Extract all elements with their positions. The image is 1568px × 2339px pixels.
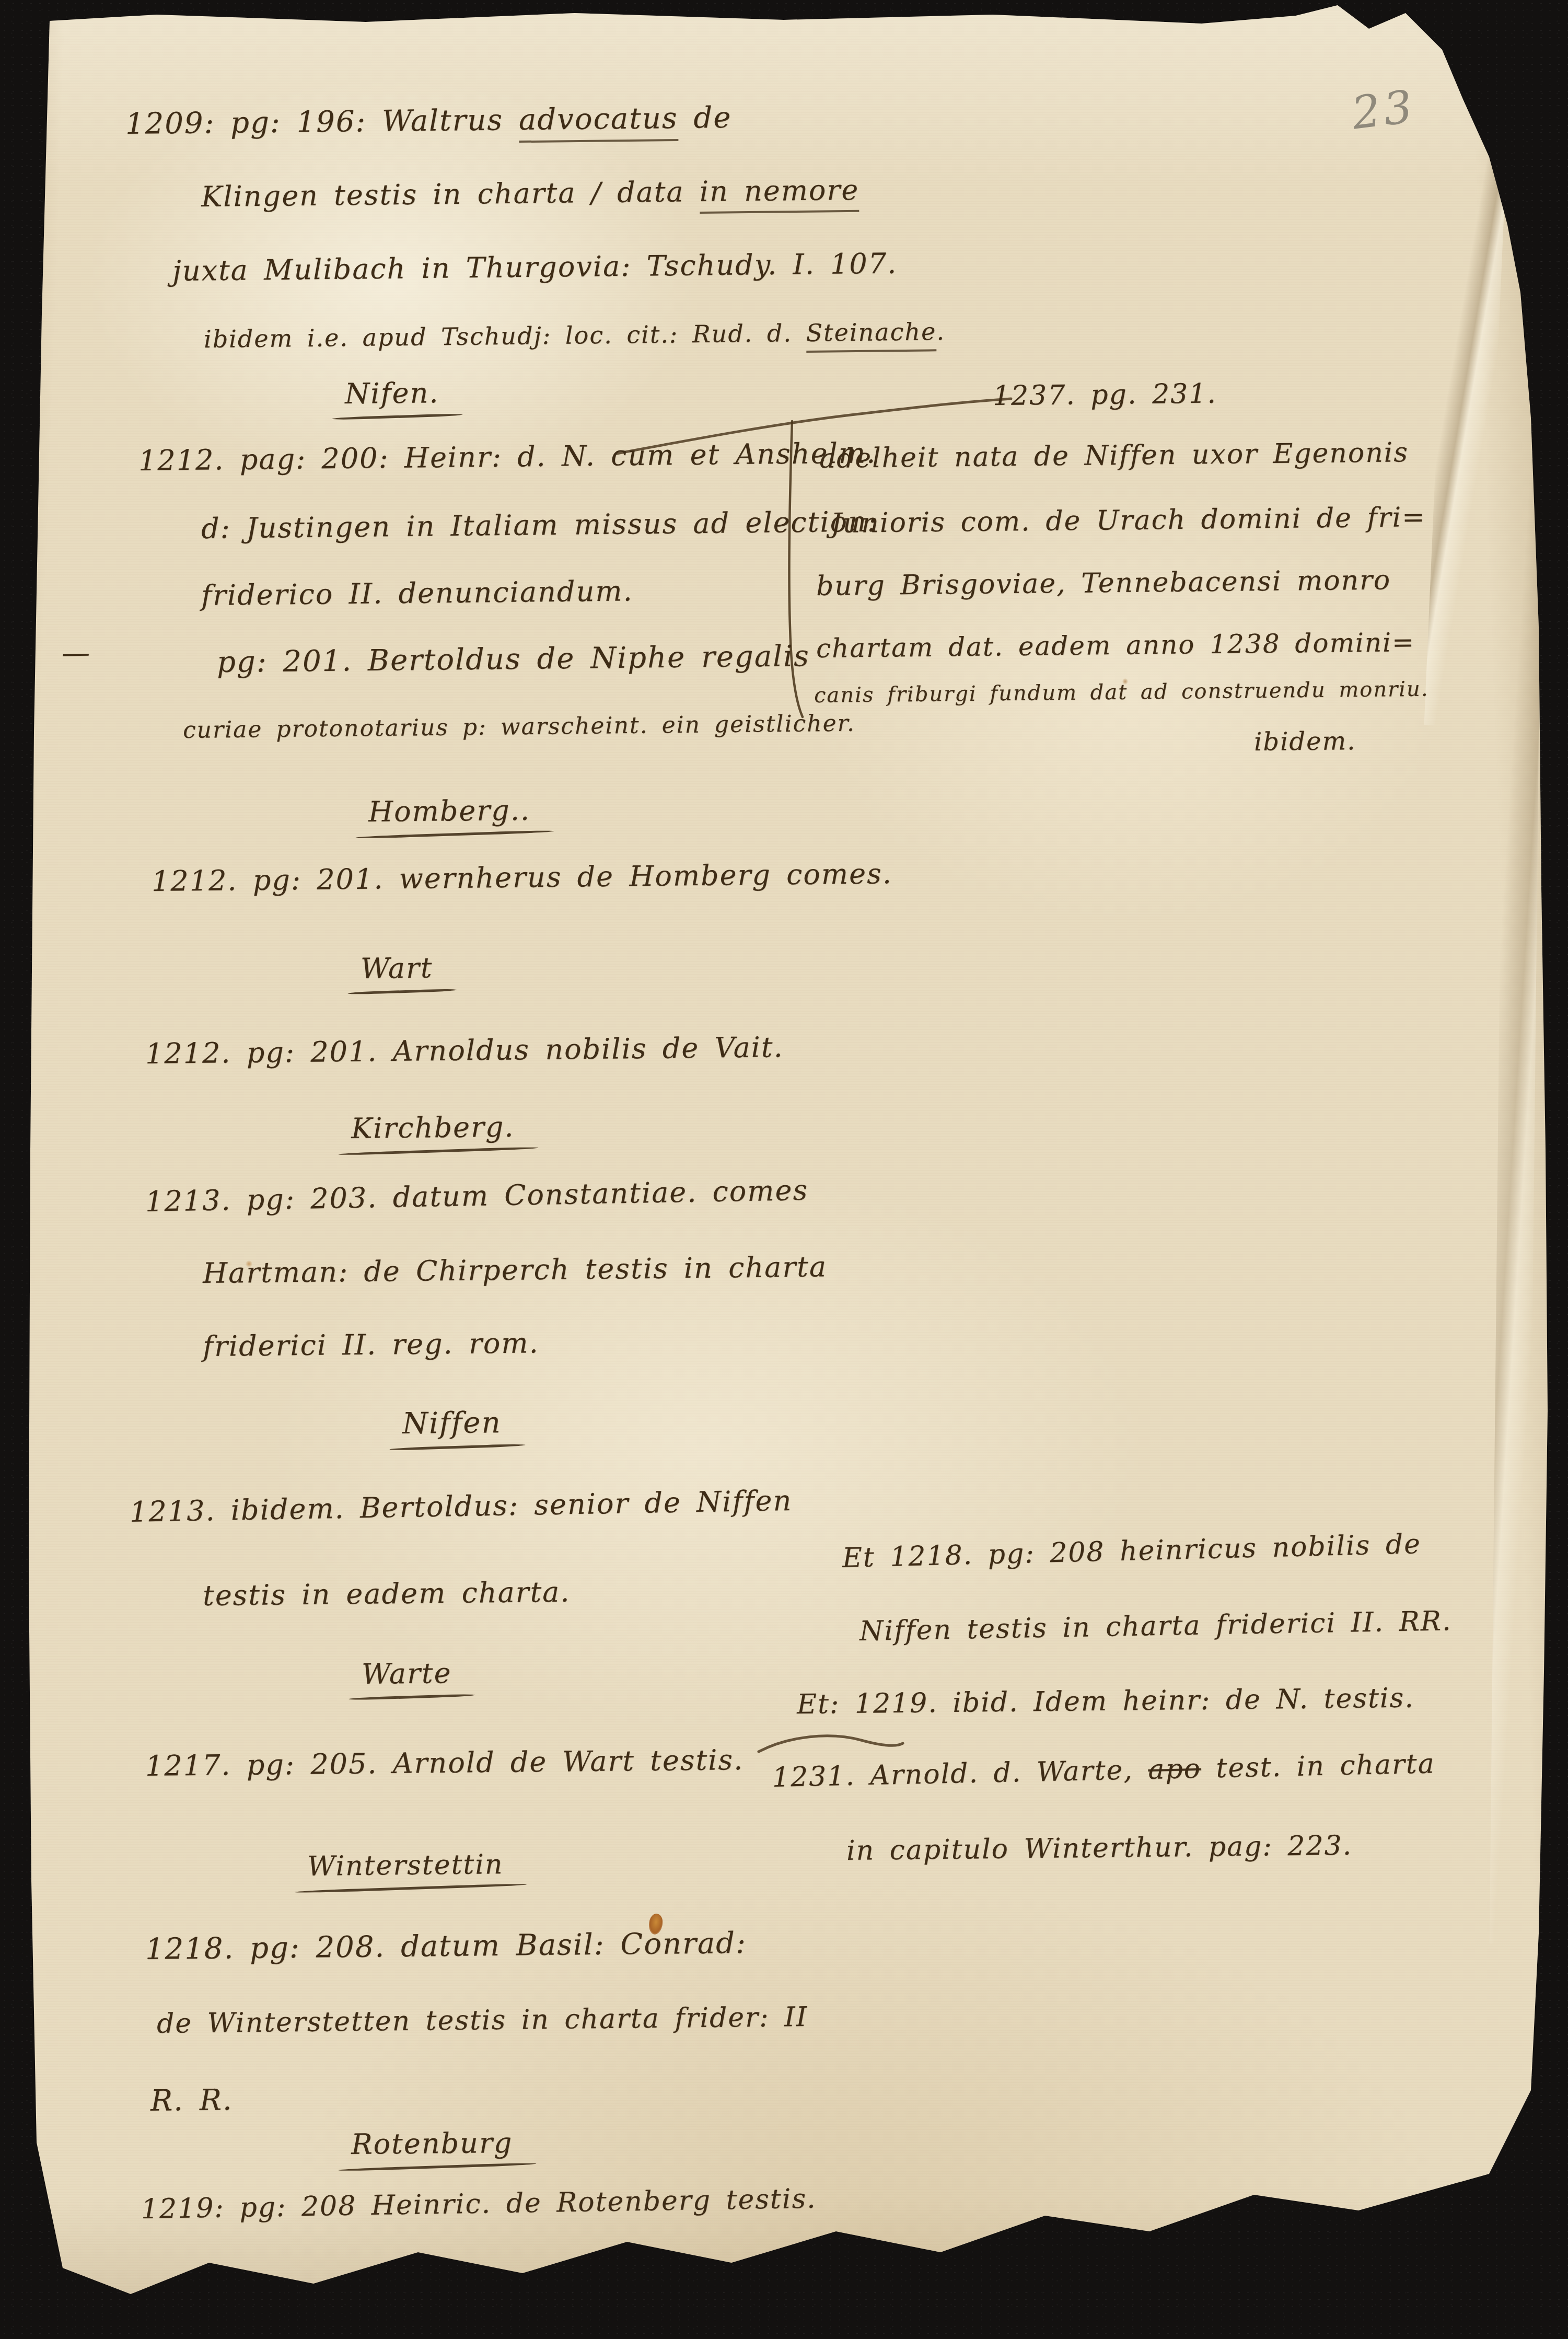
section-heading-niffen: Niffen (402, 1406, 502, 1441)
entry-1231-line-2: in capitulo Winterthur. pag: 223. (846, 1830, 1353, 1867)
entry-1209-line-4: ibidem i.e. apud Tschudj: loc. cit.: Rud… (204, 317, 945, 353)
entry-1218-niffen-line-1: Et 1218. pg: 208 heinricus nobilis de (842, 1529, 1421, 1574)
section-heading-nifen: Nifen. (345, 376, 439, 410)
entry-1212-nifen-line-3: friderico II. denunciandum. (201, 574, 633, 612)
entry-1237-heading: 1237. pg. 231. (993, 378, 1217, 412)
entry-1213-niffen-line-2: testis in eadem charta. (203, 1576, 571, 1612)
entry-1212-nifen-line-2: d: Justingen in Italiam missus ad electi… (201, 505, 878, 545)
entry-1218-niffen-line-2: Niffen testis in charta friderici II. RR… (859, 1605, 1451, 1647)
entry-1209-line-4-end: . (936, 317, 945, 345)
entry-1213-niffen-line-1: 1213. ibidem. Bertoldus: senior de Niffe… (129, 1484, 792, 1529)
entry-1212-nifen-line-1: 1212. pag: 200: Heinr: d. N. cum et Ansh… (138, 436, 877, 477)
margin-dash: — (62, 636, 91, 669)
section-heading-winterstettin: Winterstettin (307, 1849, 504, 1882)
entry-1237-line-6: ibidem. (1254, 726, 1356, 757)
entry-1212-homberg-line-1: 1212. pg: 201. wernherus de Homberg come… (152, 857, 893, 898)
entry-1217-line-1: 1217. pg: 205. Arnold de Wart testis. (145, 1743, 744, 1782)
entry-1219-niffen-line: Et: 1219. ibid. Idem heinr: de N. testis… (797, 1683, 1414, 1720)
entry-pg201-line-1: pg: 201. Bertoldus de Niphe regalis (217, 639, 810, 679)
entry-1213-kirchberg-line-2: Hartman: de Chirperch testis in charta (203, 1250, 828, 1290)
entry-1209-line-2-start: Klingen testis in charta / data (201, 175, 700, 213)
entry-1209-line-1-start: 1209: pg: 196: Waltrus (125, 103, 519, 141)
section-heading-wart: Wart (361, 952, 433, 985)
entry-1231-struck-word: apo (1148, 1753, 1202, 1786)
entry-1209-line-2: Klingen testis in charta / data in nemor… (201, 173, 860, 213)
entry-1231-separator-line (759, 1736, 903, 1752)
paper-crease-right-edge (1490, 219, 1544, 1944)
section-heading-warte: Warte (362, 1657, 452, 1690)
entry-1237-line-1: adelheit nata de Niffen uxor Egenonis (819, 437, 1409, 474)
entry-1218-line-1: 1218. pg: 208. datum Basil: Conrad: (145, 1926, 747, 1966)
entry-1209-underlined-phrase: in nemore (699, 173, 859, 214)
entry-1218-line-3: R. R. (150, 2083, 233, 2118)
entry-1237-line-2: Junioris com. de Urach domini de fri= (831, 502, 1426, 539)
entry-1209-line-1-end: de (678, 101, 731, 135)
entry-1209-underlined-name: Steinache (806, 317, 936, 353)
section-heading-homberg: Homberg.. (368, 794, 531, 828)
paper-crease-top-right (1424, 20, 1513, 727)
section-heading-rotenburg: Rotenburg (351, 2126, 513, 2161)
entry-1231-line-1-start: 1231. Arnold. d. Warte, (772, 1754, 1148, 1793)
entry-1212-wart-line-1: 1212. pg: 201. Arnoldus nobilis de Vait. (145, 1030, 784, 1070)
manuscript-page: 23 1209: pg: 196: Waltrus advocatus de K… (0, 0, 1568, 2339)
entry-1231-line-1: 1231. Arnold. d. Warte, apo test. in cha… (772, 1748, 1435, 1793)
entry-1213-kirchberg-line-1: 1213. pg: 203. datum Constantiae. comes (145, 1174, 808, 1218)
entry-1209-underlined-word: advocatus (519, 101, 678, 143)
entry-1237-line-5: canis friburgi fundum dat ad construendu… (814, 677, 1429, 708)
entry-1219-line-1: 1219: pg: 208 Heinric. de Rotenberg test… (141, 2183, 817, 2225)
entry-pg201-line-2: curiae protonotarius p: warscheint. ein … (183, 710, 855, 744)
entry-1209-line-4-start: ibidem i.e. apud Tschudj: loc. cit.: Rud… (204, 319, 806, 353)
folio-number-pencil: 23 (1349, 80, 1419, 140)
entry-1237-line-4: chartam dat. eadem anno 1238 domini= (816, 627, 1415, 664)
entry-1209-line-1: 1209: pg: 196: Waltrus advocatus de (125, 101, 732, 141)
entry-1237-line-3: burg Brisgoviae, Tennebacensi monro (816, 564, 1391, 602)
scan-background: { "colors": { "background": "#131110", "… (0, 0, 1568, 2339)
entry-1213-kirchberg-line-3: friderici II. reg. rom. (203, 1326, 539, 1363)
entry-1209-line-3: juxta Mulibach in Thurgovia: Tschudy. I.… (172, 247, 898, 287)
entry-1231-line-1-end: test. in charta (1201, 1748, 1435, 1784)
entry-1218-line-2: de Winterstetten testis in charta frider… (157, 2001, 808, 2040)
section-heading-kirchberg: Kirchberg. (351, 1110, 515, 1145)
